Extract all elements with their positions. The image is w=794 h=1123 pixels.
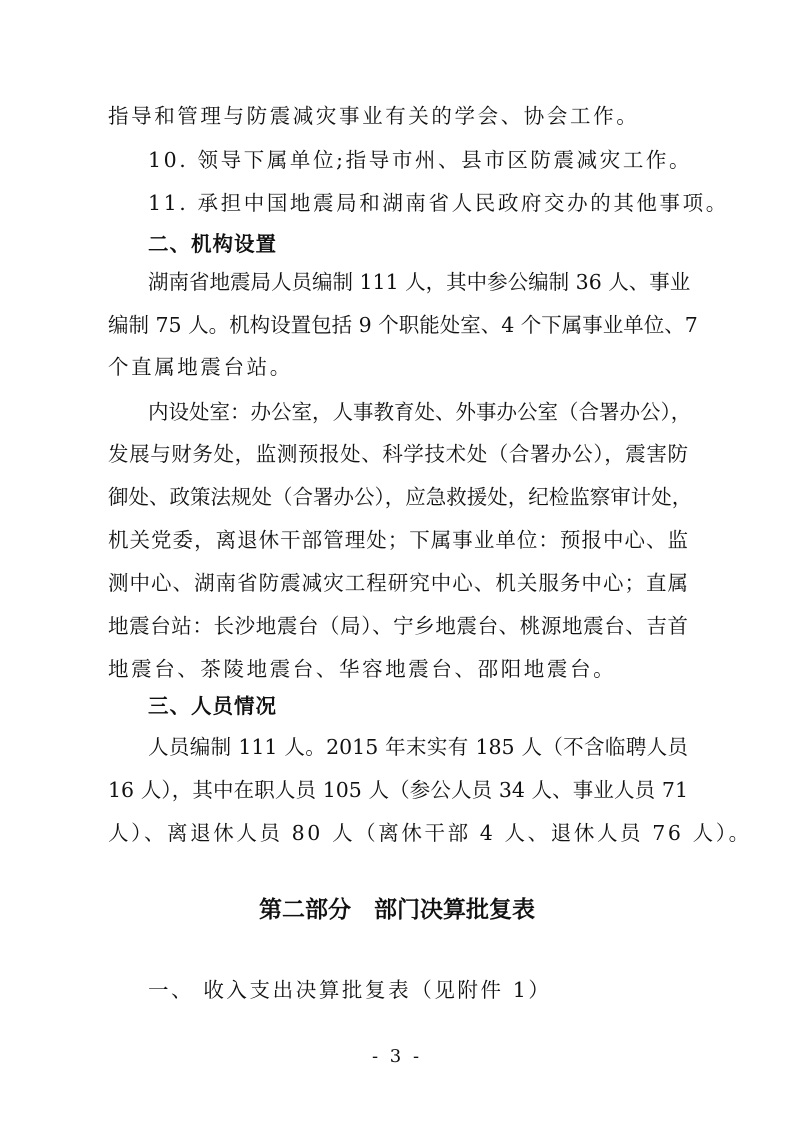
paragraph-line: 人员编制 111 人。2015 年末实有 185 人（不含临聘人员: [148, 735, 688, 759]
section-heading-organization: 二、机构设置: [148, 232, 688, 256]
paragraph-line: 16 人），其中在职人员 105 人（参公人员 34 人、事业人员 71: [108, 778, 688, 802]
text-line: 指导和管理与防震减灾事业有关的学会、协会工作。: [108, 104, 688, 128]
paragraph-line: 编制 75 人。机构设置包括 9 个职能处室、4 个下属事业单位、7: [108, 313, 688, 337]
paragraph-line: 机关党委，离退休干部管理处；下属事业单位：预报中心、监: [108, 528, 688, 552]
list-item-10: 10. 领导下属单位;指导市州、县市区防震减灾工作。: [148, 148, 688, 172]
paragraph-line: 发展与财务处，监测预报处、科学技术处（合署办公），震害防: [108, 442, 688, 466]
paragraph-line: 人）、离退休人员 80 人（离休干部 4 人、退休人员 76 人）。: [108, 821, 688, 845]
section-heading-personnel: 三、人员情况: [148, 694, 688, 718]
paragraph-line: 地震台站：长沙地震台（局）、宁乡地震台、桃源地震台、吉首: [108, 614, 688, 638]
paragraph-line: 御处、政策法规处（合署办公），应急救援处，纪检监察审计处，: [108, 485, 688, 509]
paragraph-line: 个直属地震台站。: [108, 355, 688, 379]
page-number: - 3 -: [0, 1046, 794, 1068]
paragraph-line: 测中心、湖南省防震减灾工程研究中心、机关服务中心；直属: [108, 571, 688, 595]
part-title: 第二部分 部门决算批复表: [0, 896, 794, 924]
paragraph-line: 地震台、茶陵地震台、华容地震台、邵阳地震台。: [108, 657, 688, 681]
paragraph-line: 内设处室：办公室，人事教育处、外事办公室（合署办公），: [148, 400, 688, 424]
item-income-expenditure: 一、 收入支出决算批复表（见附件 1）: [148, 978, 688, 1002]
list-item-11: 11. 承担中国地震局和湖南省人民政府交办的其他事项。: [148, 191, 688, 215]
paragraph-line: 湖南省地震局人员编制 111 人，其中参公编制 36 人、事业: [148, 270, 688, 294]
